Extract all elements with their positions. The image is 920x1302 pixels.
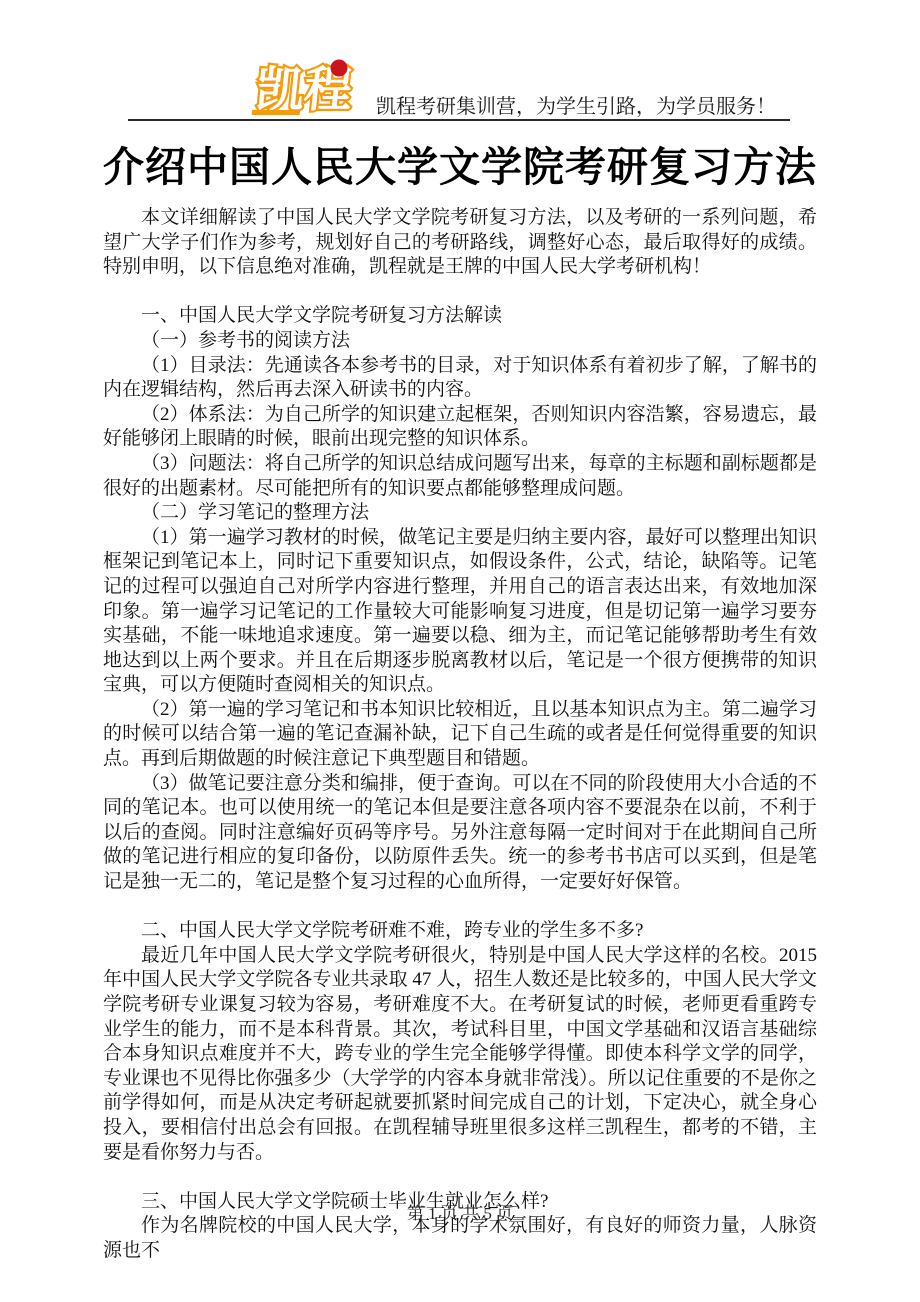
kaicheng-logo-graphic: 凯程 (250, 54, 360, 124)
header-rule (128, 119, 790, 121)
paragraph: 一、中国人民大学文学院考研复习方法解读 (103, 304, 817, 329)
document-body: 本文详细解读了中国人民大学文学院考研复习方法，以及考研的一系列问题，希望广大学子… (103, 206, 817, 1264)
page-number: 第 1 页 共 5 页 (407, 1204, 513, 1223)
page-title: 介绍中国人民大学文学院考研复习方法 (0, 134, 920, 193)
paragraph: （3）问题法：将自己所学的知识总结成问题写出来，每章的主标题和副标题都是很好的出… (103, 452, 817, 501)
kaicheng-logo: 凯程 (250, 54, 360, 124)
paragraph: 最近几年中国人民大学文学院考研很火，特别是中国人民大学这样的名校。2015 年中… (103, 944, 817, 1165)
logo-underline (252, 110, 301, 115)
document-page: 凯程 凯程考研集训营，为学生引路，为学员服务！ 介绍中国人民大学文学院考研复习方… (0, 0, 920, 1302)
paragraph: （3）做笔记要注意分类和编排，便于查询。可以在不同的阶段使用大小合适的不同的笔记… (103, 772, 817, 895)
blank-line (103, 280, 817, 305)
paragraph: （一）参考书的阅读方法 (103, 329, 817, 354)
page-footer: 第 1 页 共 5 页 (0, 1199, 920, 1224)
logo-red-dot (331, 60, 348, 77)
paragraph: （2）体系法：为自己所学的知识建立起框架，否则知识内容浩繁，容易遗忘，最好能够闭… (103, 403, 817, 452)
paragraph: （二）学习笔记的整理方法 (103, 501, 817, 526)
paragraph: （2）第一遍的学习笔记和书本知识比较相近，且以基本知识点为主。第二遍学习的时候可… (103, 698, 817, 772)
paragraph: 本文详细解读了中国人民大学文学院考研复习方法，以及考研的一系列问题，希望广大学子… (103, 206, 817, 280)
header-tagline: 凯程考研集训营，为学生引路，为学员服务！ (376, 90, 776, 119)
paragraph: （1）第一遍学习教材的时候，做笔记主要是归纳主要内容，最好可以整理出知识框架记到… (103, 526, 817, 698)
blank-line (103, 1165, 817, 1190)
paragraph: （1）目录法：先通读各本参考书的目录，对于知识体系有着初步了解，了解书的内在逻辑… (103, 354, 817, 403)
paragraph: 二、中国人民大学文学院考研难不难，跨专业的学生多不多? (103, 919, 817, 944)
blank-line (103, 895, 817, 920)
